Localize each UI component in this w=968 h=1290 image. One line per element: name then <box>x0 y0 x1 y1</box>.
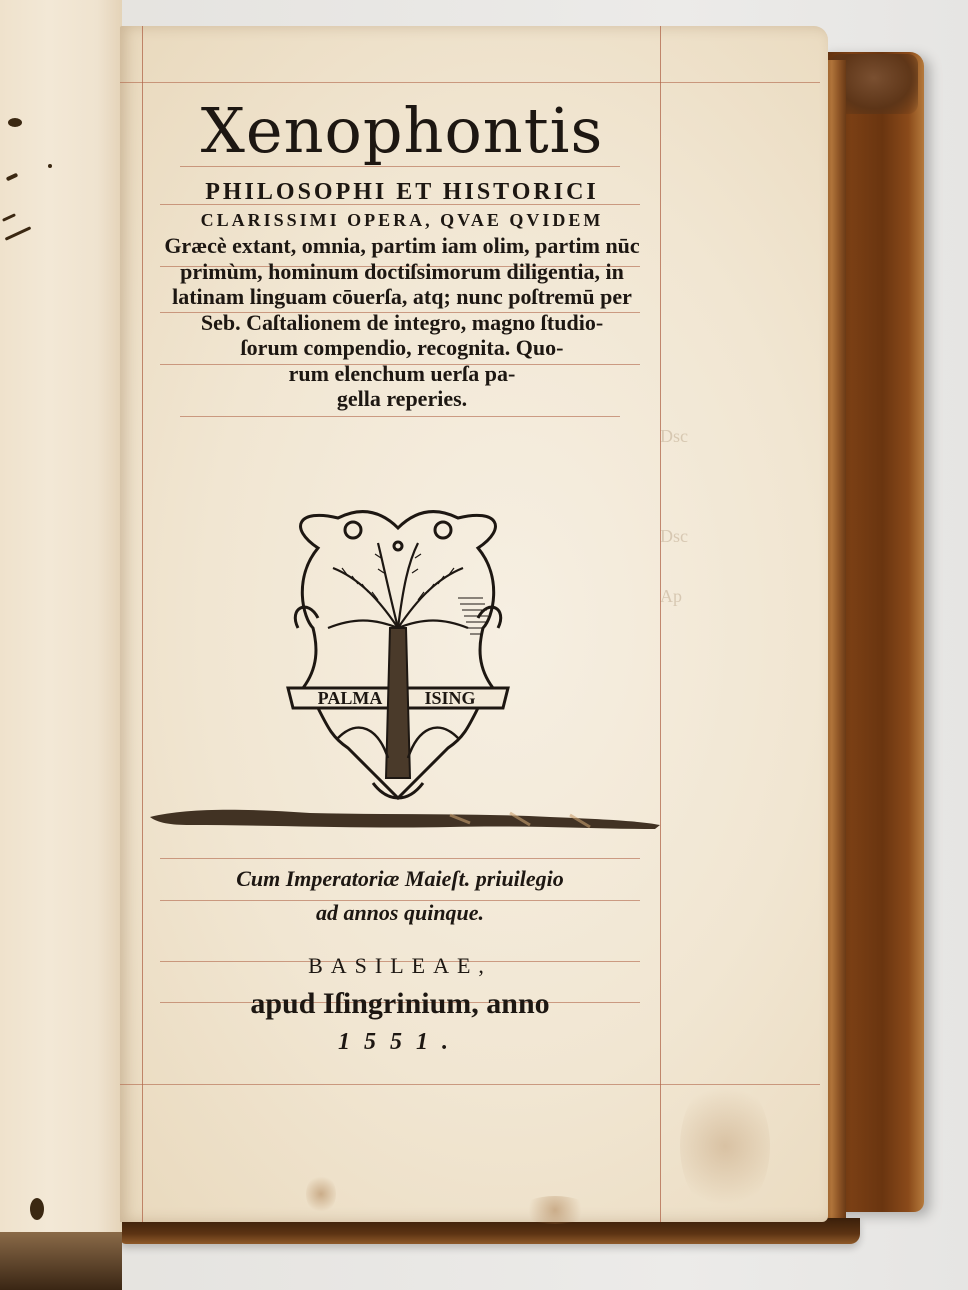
privilege-line: Cum Imperatoriæ Maieſt. priuilegio <box>200 862 600 896</box>
ink-blot <box>8 118 22 127</box>
ink-blot <box>48 164 52 168</box>
motto-right: ISING <box>424 688 475 708</box>
ink-stroke <box>5 226 32 241</box>
ink-stroke <box>6 173 19 182</box>
imprint-city: BASILEAE, <box>200 948 600 984</box>
subtitle-line-1: PHILOSOPHI ET HISTORICI <box>152 177 652 207</box>
foxing-stain <box>520 1196 590 1224</box>
palm-tree-cartouche-icon: PALMA ISING <box>278 508 518 808</box>
bleed-through-text: Ap <box>660 586 682 607</box>
imprint: BASILEAE, apud Iſingrinium, anno 1551. <box>200 948 600 1060</box>
ruling-line <box>660 26 661 1222</box>
flyleaf-shadow <box>0 1232 122 1290</box>
ink-smear-icon <box>150 805 660 831</box>
body-line: Seb. Caſtalionem de integro, magno ſtudi… <box>152 310 652 336</box>
body-line: ſorum compendio, recognita. Quo- <box>152 335 652 361</box>
ruling-line <box>160 858 640 859</box>
imprint-year: 1551. <box>200 1024 600 1060</box>
body-line: Græcè extant, omnia, partim iam olim, pa… <box>152 233 652 259</box>
privilege-line: ad annos quinque. <box>200 896 600 930</box>
ink-stroke <box>2 213 16 222</box>
book-title: Xenophontis <box>152 95 652 167</box>
foxing-stain <box>306 1174 336 1214</box>
ink-blot <box>30 1198 44 1220</box>
imprint-publisher: apud Iſingrinium, anno <box>200 984 600 1024</box>
ruling-line <box>180 416 620 417</box>
body-line: gella reperies. <box>152 386 652 412</box>
foxing-stain <box>680 1076 770 1216</box>
ruling-line <box>120 82 820 83</box>
title-block: Xenophontis PHILOSOPHI ET HISTORICI CLAR… <box>152 95 652 412</box>
body-line: primùm, hominum doctiſsimorum diligentia… <box>152 259 652 285</box>
ink-smear-rule <box>150 805 660 831</box>
ruling-line <box>142 26 143 1222</box>
flyleaf-page <box>0 0 122 1290</box>
bleed-through-text: Dsc <box>660 526 688 547</box>
subtitle-line-2: CLARISSIMI OPERA, QVAE QVIDEM <box>152 207 652 233</box>
privilege-statement: Cum Imperatoriæ Maieſt. priuilegio ad an… <box>200 862 600 930</box>
body-line: rum elenchum uerſa pa- <box>152 361 652 387</box>
printers-device-woodcut: PALMA ISING <box>278 508 518 808</box>
motto-left: PALMA <box>318 688 383 708</box>
body-line: latinam linguam cōuerſa, atq; nunc poſtr… <box>152 284 652 310</box>
bleed-through-text: Dsc <box>660 426 688 447</box>
